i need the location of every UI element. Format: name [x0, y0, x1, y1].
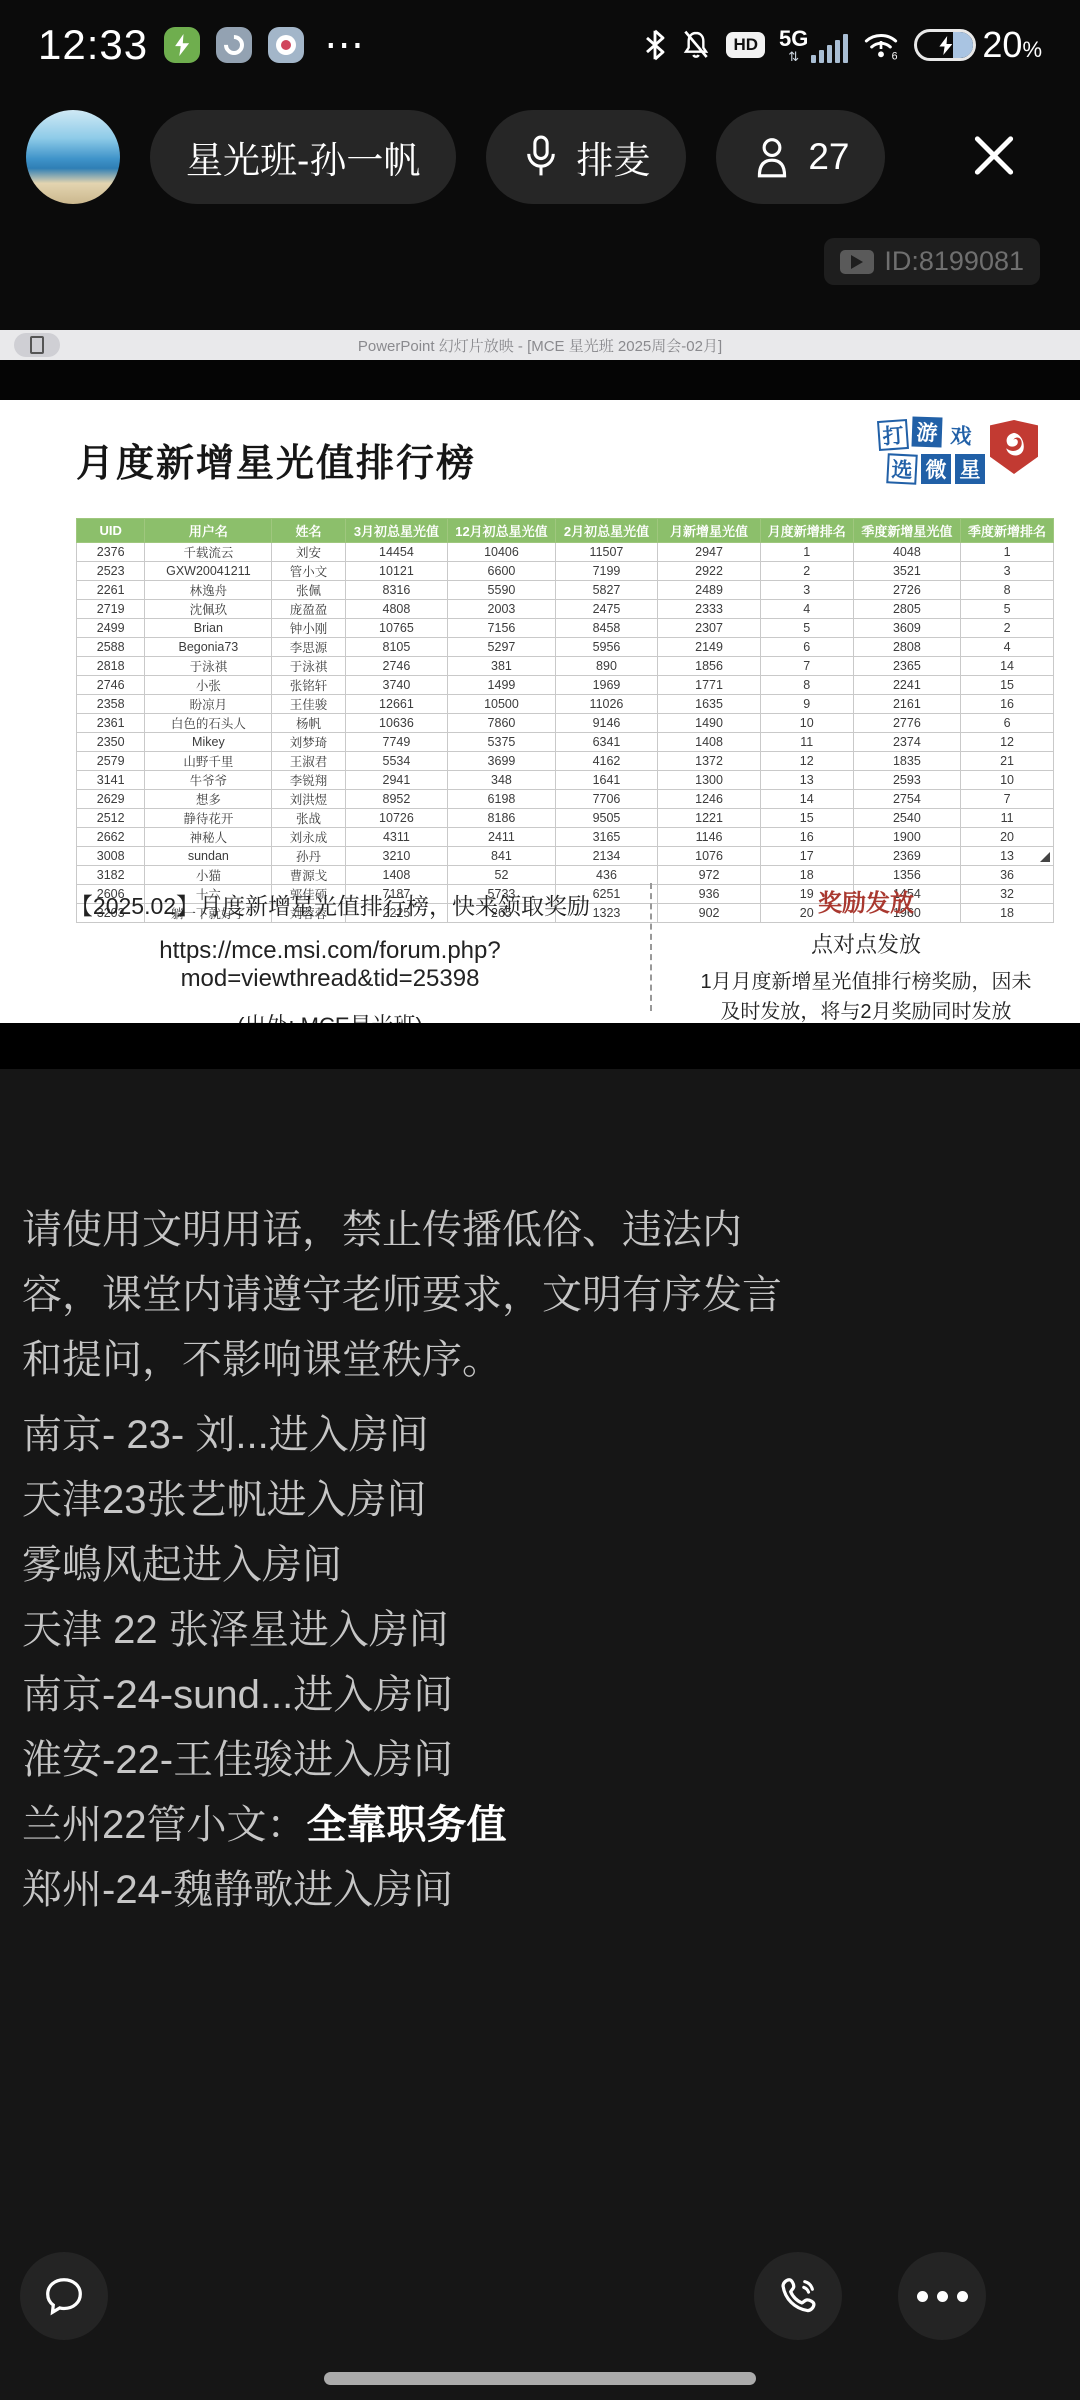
wifi-icon: 6 — [862, 29, 900, 61]
table-row: 2261林逸舟张佩8316559058272489327268 — [77, 581, 1054, 600]
table-cell: 孙丹 — [272, 847, 345, 866]
table-cell: 4311 — [345, 828, 448, 847]
table-cell: 3 — [760, 581, 853, 600]
svg-text:6: 6 — [892, 51, 898, 61]
column-header: 季度新增排名 — [961, 519, 1054, 543]
slide-title: 月度新增星光值排行榜 — [76, 432, 476, 487]
logo-tile: 星 — [955, 454, 985, 484]
table-cell: 2776 — [853, 714, 960, 733]
table-cell: 5956 — [555, 638, 658, 657]
table-cell: 2746 — [345, 657, 448, 676]
table-cell: 2629 — [77, 790, 145, 809]
table-cell: 2003 — [448, 600, 555, 619]
notification-app-icon-3 — [268, 27, 304, 63]
table-cell: 1408 — [658, 733, 761, 752]
table-cell: 4048 — [853, 543, 960, 562]
table-cell: 5 — [961, 600, 1054, 619]
table-cell: 17 — [760, 847, 853, 866]
table-cell: 21 — [961, 752, 1054, 771]
table-cell: 8105 — [345, 638, 448, 657]
table-cell: 7706 — [555, 790, 658, 809]
column-header: UID — [77, 519, 145, 543]
reward-issue-title: 奖励发放 — [676, 883, 1056, 918]
msi-slogan-logo: 打游戏选微星 — [878, 420, 976, 484]
table-cell: 1490 — [658, 714, 761, 733]
table-cell: 9505 — [555, 809, 658, 828]
ranking-table-body: 2376千载流云刘安14454104061150729471404812523G… — [77, 543, 1054, 923]
column-header: 2月初总星光值 — [555, 519, 658, 543]
device-icon — [30, 336, 44, 354]
table-cell: 2523 — [77, 562, 145, 581]
table-cell: 12 — [760, 752, 853, 771]
logo-tile: 游 — [911, 416, 942, 447]
table-cell: 1146 — [658, 828, 761, 847]
table-row: 2818于泳祺于泳祺274638189018567236514 — [77, 657, 1054, 676]
table-row: 2358盼凉月王佳骏12661105001102616359216116 — [77, 695, 1054, 714]
table-cell: 张战 — [272, 809, 345, 828]
notification-app-icon-2 — [216, 27, 252, 63]
table-cell: 刘安 — [272, 543, 345, 562]
table-cell: 曹源戈 — [272, 866, 345, 885]
table-cell: 2241 — [853, 676, 960, 695]
table-cell: 10121 — [345, 562, 448, 581]
table-cell: 2365 — [853, 657, 960, 676]
table-cell: 7 — [760, 657, 853, 676]
table-cell: 2662 — [77, 828, 145, 847]
table-cell: 1 — [760, 543, 853, 562]
table-cell: 6600 — [448, 562, 555, 581]
table-cell: 于泳祺 — [272, 657, 345, 676]
avatar[interactable] — [26, 110, 120, 204]
table-cell: 2805 — [853, 600, 960, 619]
table-cell: 1900 — [853, 828, 960, 847]
table-cell: 静待花开 — [145, 809, 272, 828]
table-cell: 小猫 — [145, 866, 272, 885]
table-cell: 1300 — [658, 771, 761, 790]
table-cell: 2 — [961, 619, 1054, 638]
table-cell: 1969 — [555, 676, 658, 695]
table-cell: 管小文 — [272, 562, 345, 581]
table-cell: 1 — [961, 543, 1054, 562]
table-cell: 2307 — [658, 619, 761, 638]
table-cell: 3521 — [853, 562, 960, 581]
table-row: 2719沈佩玖庞盈盈4808200324752333428055 — [77, 600, 1054, 619]
table-cell: 1356 — [853, 866, 960, 885]
table-cell: 2593 — [853, 771, 960, 790]
table-row: 2361白色的石头人杨帆106367860914614901027766 — [77, 714, 1054, 733]
table-cell: Begonia73 — [145, 638, 272, 657]
table-cell: 12661 — [345, 695, 448, 714]
table-cell: 15 — [760, 809, 853, 828]
table-cell: 牛爷爷 — [145, 771, 272, 790]
table-cell: 10765 — [345, 619, 448, 638]
table-cell: 4 — [760, 600, 853, 619]
table-cell: 4808 — [345, 600, 448, 619]
table-cell: 9146 — [555, 714, 658, 733]
table-cell: 12 — [961, 733, 1054, 752]
table-cell: 杨帆 — [272, 714, 345, 733]
table-cell: 2808 — [853, 638, 960, 657]
notification-overflow-icon: ⋯ — [324, 22, 368, 68]
column-header: 月新增星光值 — [658, 519, 761, 543]
table-cell: 5827 — [555, 581, 658, 600]
table-cell: 5590 — [448, 581, 555, 600]
table-cell: 2374 — [853, 733, 960, 752]
mic-queue-label: 排麦 — [576, 130, 650, 184]
table-row: 2588Begonia73李思源8105529759562149628084 — [77, 638, 1054, 657]
table-cell: 8458 — [555, 619, 658, 638]
table-cell: 3141 — [77, 771, 145, 790]
table-cell: 8316 — [345, 581, 448, 600]
table-cell: 1221 — [658, 809, 761, 828]
table-cell: 2369 — [853, 847, 960, 866]
slide-footer-right: 奖励发放 点对点发放 1月月度新增星光值排行榜奖励，因未 及时发放，将与2月奖励… — [676, 883, 1056, 1027]
chat-message: 天津23张艺帆进入房间 — [22, 1468, 812, 1533]
notice-line: 请使用文明用语，禁止传播低俗、违法内 — [22, 1198, 812, 1263]
table-cell: 6198 — [448, 790, 555, 809]
room-name: 星光班-孙一帆 — [186, 130, 420, 184]
logo-tile: 选 — [886, 453, 918, 485]
logo-tile: 戏 — [945, 419, 977, 451]
viewer-count: 27 — [808, 136, 849, 178]
table-cell: 7860 — [448, 714, 555, 733]
mic-queue-button[interactable]: 排麦 — [486, 110, 686, 204]
table-cell: 10636 — [345, 714, 448, 733]
status-bar: 12:33 ⋯ HD 5G⇅ 6 20% — [0, 0, 1080, 90]
table-cell: 10726 — [345, 809, 448, 828]
stream-id-badge: ID:8199081 — [824, 238, 1040, 285]
table-cell: 6341 — [555, 733, 658, 752]
table-cell: 3740 — [345, 676, 448, 695]
logo-tile: 微 — [921, 454, 951, 484]
table-cell: 沈佩玖 — [145, 600, 272, 619]
logo-tile: 打 — [877, 419, 909, 451]
table-cell: 2489 — [658, 581, 761, 600]
column-header: 月度新增排名 — [760, 519, 853, 543]
footer-divider — [650, 883, 652, 1011]
table-cell: 2512 — [77, 809, 145, 828]
phone-icon — [775, 2273, 821, 2319]
table-cell: 15 — [961, 676, 1054, 695]
chat-messages: 南京- 23- 刘...进入房间天津23张艺帆进入房间雾嶋风起进入房间天津 22… — [22, 1403, 812, 1923]
table-cell: 2350 — [77, 733, 145, 752]
table-cell: 381 — [448, 657, 555, 676]
table-cell: 1641 — [555, 771, 658, 790]
table-cell: 2333 — [658, 600, 761, 619]
ranking-table-head-row: UID用户名姓名3月初总星光值12月初总星光值2月初总星光值月新增星光值月度新增… — [77, 519, 1054, 543]
table-cell: 2161 — [853, 695, 960, 714]
table-cell: 11 — [961, 809, 1054, 828]
table-cell: 3008 — [77, 847, 145, 866]
table-cell: 10406 — [448, 543, 555, 562]
table-cell: 盼凉月 — [145, 695, 272, 714]
table-cell: 林逸舟 — [145, 581, 272, 600]
table-cell: 1635 — [658, 695, 761, 714]
table-cell: 436 — [555, 866, 658, 885]
table-row: 3182小猫曹源戈14085243697218135636 — [77, 866, 1054, 885]
more-icon — [917, 2291, 968, 2302]
room-notice: 请使用文明用语，禁止传播低俗、违法内容，课堂内请遵守老师要求，文明有序发言和提问… — [22, 1198, 812, 1393]
close-button[interactable] — [968, 131, 1020, 183]
table-cell: 7199 — [555, 562, 658, 581]
table-cell: 李思源 — [272, 638, 345, 657]
chat-message: 南京- 23- 刘...进入房间 — [22, 1403, 812, 1468]
table-cell: 8186 — [448, 809, 555, 828]
table-cell: 14454 — [345, 543, 448, 562]
table-cell: 白色的石头人 — [145, 714, 272, 733]
table-row: 2512静待花开张战1072681869505122115254011 — [77, 809, 1054, 828]
table-cell: 张铭轩 — [272, 676, 345, 695]
table-cell: 6 — [760, 638, 853, 657]
table-cell: 6 — [961, 714, 1054, 733]
table-cell: 2540 — [853, 809, 960, 828]
table-cell: 2746 — [77, 676, 145, 695]
chat-message: 郑州-24-魏静歌进入房间 — [22, 1858, 812, 1923]
table-cell: 36 — [961, 866, 1054, 885]
table-cell: 神秘人 — [145, 828, 272, 847]
table-cell: 20 — [961, 828, 1054, 847]
table-cell: 11507 — [555, 543, 658, 562]
table-cell: 2499 — [77, 619, 145, 638]
table-row: 3141牛爷爷李锐翔29413481641130013259310 — [77, 771, 1054, 790]
reward-issue-note: 1月月度新增星光值排行榜奖励，因未 及时发放，将与2月奖励同时发放 — [676, 967, 1056, 1027]
table-cell: 1856 — [658, 657, 761, 676]
table-row: 3008sundan孙丹32108412134107617236913 — [77, 847, 1054, 866]
table-cell: 2361 — [77, 714, 145, 733]
slide-lower-letterbox — [0, 1023, 1080, 1069]
table-cell: 890 — [555, 657, 658, 676]
table-cell: 王淑君 — [272, 752, 345, 771]
column-header: 用户名 — [145, 519, 272, 543]
table-cell: 3210 — [345, 847, 448, 866]
more-options-button[interactable] — [898, 2252, 986, 2340]
table-cell: 4162 — [555, 752, 658, 771]
table-cell: Mikey — [145, 733, 272, 752]
table-resize-corner — [1040, 852, 1050, 862]
viewer-count-button[interactable]: 27 — [716, 110, 885, 204]
msi-shield-logo — [990, 420, 1038, 474]
table-cell: 2376 — [77, 543, 145, 562]
table-cell: 想多 — [145, 790, 272, 809]
hd-badge: HD — [726, 32, 765, 58]
table-cell: 348 — [448, 771, 555, 790]
table-cell: 1076 — [658, 847, 761, 866]
table-cell: 5297 — [448, 638, 555, 657]
table-cell: 1246 — [658, 790, 761, 809]
table-cell: 于泳祺 — [145, 657, 272, 676]
table-row: 2523GXW20041211管小文1012166007199292223521… — [77, 562, 1054, 581]
notice-line: 和提问，不影响课堂秩序。 — [22, 1328, 812, 1393]
table-cell: 千载流云 — [145, 543, 272, 562]
table-cell: 3699 — [448, 752, 555, 771]
table-row: 2350Mikey刘梦琦774953756341140811237412 — [77, 733, 1054, 752]
bluetooth-icon — [644, 29, 666, 61]
column-header: 季度新增星光值 — [853, 519, 960, 543]
clock: 12:33 — [38, 21, 148, 69]
table-cell: 2134 — [555, 847, 658, 866]
table-cell: 13 — [760, 771, 853, 790]
table-cell: 1771 — [658, 676, 761, 695]
table-cell: 5375 — [448, 733, 555, 752]
table-cell: 5534 — [345, 752, 448, 771]
column-header: 姓名 — [272, 519, 345, 543]
table-cell: 张佩 — [272, 581, 345, 600]
table-cell: 7 — [961, 790, 1054, 809]
chat-message: 淮安-22-王佳骏进入房间 — [22, 1728, 812, 1793]
table-cell: 2941 — [345, 771, 448, 790]
mute-bell-icon — [680, 29, 712, 61]
chat-message: 天津 22 张泽星进入房间 — [22, 1598, 812, 1663]
table-cell: 2588 — [77, 638, 145, 657]
table-row: 2579山野千里王淑君553436994162137212183521 — [77, 752, 1054, 771]
table-cell: 2 — [760, 562, 853, 581]
table-cell: 2922 — [658, 562, 761, 581]
table-cell: 14 — [760, 790, 853, 809]
table-cell: 8 — [961, 581, 1054, 600]
slide-logos: 打游戏选微星 — [878, 420, 1038, 484]
cellular-signal-icon: 5G⇅ — [779, 28, 848, 63]
table-cell: 16 — [961, 695, 1054, 714]
column-header: 3月初总星光值 — [345, 519, 448, 543]
room-name-pill: 星光班-孙一帆 — [150, 110, 456, 204]
table-cell: 山野千里 — [145, 752, 272, 771]
table-cell: 2719 — [77, 600, 145, 619]
table-cell: 2149 — [658, 638, 761, 657]
table-cell: 10 — [961, 771, 1054, 790]
table-cell: 8 — [760, 676, 853, 695]
table-row: 2376千载流云刘安1445410406115072947140481 — [77, 543, 1054, 562]
table-cell: 2754 — [853, 790, 960, 809]
slide-footer-left: 【2025.02】月度新增星光值排行榜，快来领取奖励 https://mce.m… — [30, 888, 630, 1040]
table-cell: 4 — [961, 638, 1054, 657]
reward-issue-method: 点对点发放 — [676, 928, 1056, 959]
chat-message: 兰州22管小文：全靠职务值 — [22, 1793, 812, 1858]
table-cell: 3165 — [555, 828, 658, 847]
table-cell: 刘永成 — [272, 828, 345, 847]
table-cell: 18 — [760, 866, 853, 885]
table-cell: 3182 — [77, 866, 145, 885]
table-cell: 7749 — [345, 733, 448, 752]
table-cell: 1835 — [853, 752, 960, 771]
room-header: 星光班-孙一帆 排麦 27 — [0, 102, 1080, 212]
table-cell: 841 — [448, 847, 555, 866]
table-cell: 11 — [760, 733, 853, 752]
table-cell: 庞盈盈 — [272, 600, 345, 619]
msi-dragon-icon — [998, 429, 1030, 465]
table-cell: 2579 — [77, 752, 145, 771]
ppt-window-button[interactable] — [14, 333, 60, 357]
home-indicator[interactable] — [324, 2372, 756, 2385]
mic-icon — [522, 134, 560, 180]
table-cell: 2818 — [77, 657, 145, 676]
table-cell: 1499 — [448, 676, 555, 695]
forum-url: https://mce.msi.com/forum.php?mod=viewth… — [30, 937, 630, 993]
person-icon — [752, 135, 792, 179]
table-cell: 11026 — [555, 695, 658, 714]
table-cell: 2261 — [77, 581, 145, 600]
battery-icon: 20% — [914, 24, 1042, 66]
table-row: 2662神秘人刘永成431124113165114616190020 — [77, 828, 1054, 847]
table-cell: 7156 — [448, 619, 555, 638]
table-row: 2746小张张铭轩37401499196917718224115 — [77, 676, 1054, 695]
chat-input-button[interactable] — [20, 2252, 108, 2340]
table-cell: 1408 — [345, 866, 448, 885]
notice-line: 容，课堂内请遵守老师要求，文明有序发言 — [22, 1263, 812, 1328]
table-cell: 1372 — [658, 752, 761, 771]
table-cell: Brian — [145, 619, 272, 638]
table-cell: 刘梦琦 — [272, 733, 345, 752]
table-cell: 小张 — [145, 676, 272, 695]
table-cell: 10500 — [448, 695, 555, 714]
ppt-slide: 月度新增星光值排行榜 打游戏选微星 UID用户名姓名3月初总星光值12月初总星光… — [0, 400, 1080, 1023]
table-cell: 王佳骏 — [272, 695, 345, 714]
table-cell: 3 — [961, 562, 1054, 581]
table-cell: 2411 — [448, 828, 555, 847]
table-cell: 52 — [448, 866, 555, 885]
table-cell: 972 — [658, 866, 761, 885]
column-header: 12月初总星光值 — [448, 519, 555, 543]
table-cell: 2475 — [555, 600, 658, 619]
table-cell: 14 — [961, 657, 1054, 676]
chat-message: 南京-24-sund...进入房间 — [22, 1663, 812, 1728]
ranking-table: UID用户名姓名3月初总星光值12月初总星光值2月初总星光值月新增星光值月度新增… — [76, 518, 1054, 923]
notification-app-icon-1 — [164, 27, 200, 63]
ppt-window-title: PowerPoint 幻灯片放映 - [MCE 星光班 2025周会-02月] — [358, 335, 722, 356]
chat-area: 请使用文明用语，禁止传播低俗、违法内容，课堂内请遵守老师要求，文明有序发言和提问… — [22, 1198, 812, 1923]
table-cell: 2947 — [658, 543, 761, 562]
video-icon — [840, 250, 874, 274]
table-cell: 2358 — [77, 695, 145, 714]
table-cell: 8952 — [345, 790, 448, 809]
table-cell: 16 — [760, 828, 853, 847]
table-cell: 刘洪煜 — [272, 790, 345, 809]
table-cell: sundan — [145, 847, 272, 866]
ppt-title-bar: PowerPoint 幻灯片放映 - [MCE 星光班 2025周会-02月] — [0, 330, 1080, 360]
table-cell: 3609 — [853, 619, 960, 638]
table-cell: 5 — [760, 619, 853, 638]
table-cell: GXW20041211 — [145, 562, 272, 581]
table-cell: 李锐翔 — [272, 771, 345, 790]
reward-announcement: 【2025.02】月度新增星光值排行榜，快来领取奖励 — [30, 888, 630, 921]
chat-bubble-icon — [41, 2273, 87, 2319]
voice-call-button[interactable] — [754, 2252, 842, 2340]
table-cell: 钟小刚 — [272, 619, 345, 638]
chat-message: 雾嶋风起进入房间 — [22, 1533, 812, 1598]
stream-id: ID:8199081 — [884, 246, 1024, 277]
table-row: 2629想多刘洪煜89526198770612461427547 — [77, 790, 1054, 809]
ppt-letterbox — [0, 360, 1080, 400]
table-cell: 2726 — [853, 581, 960, 600]
table-cell: 9 — [760, 695, 853, 714]
battery-percent: 20 — [982, 24, 1022, 65]
table-cell: 10 — [760, 714, 853, 733]
table-row: 2499Brian钟小刚10765715684582307536092 — [77, 619, 1054, 638]
